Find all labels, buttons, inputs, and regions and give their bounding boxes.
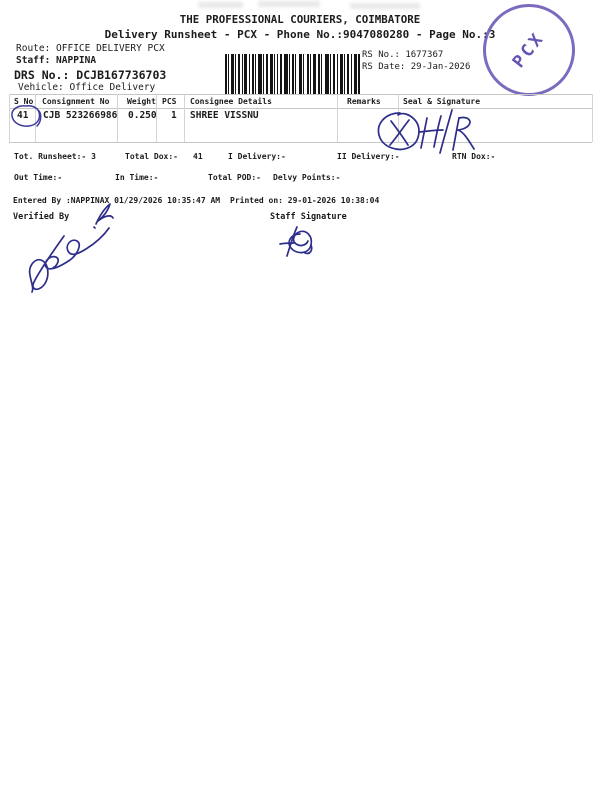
col-header-consignment: Consignment No [42, 97, 109, 106]
table-border [337, 94, 338, 142]
delivery-runsheet-document: THE PROFESSIONAL COURIERS, COIMBATORE De… [0, 0, 600, 800]
pcx-stamp-icon: PCX [483, 4, 575, 96]
in-time: In Time:- [115, 173, 158, 182]
row-consignee: SHREE VISSNU [190, 110, 259, 121]
table-border [592, 94, 593, 142]
col-header-pcs: PCS [162, 97, 176, 106]
tot-runsheet: Tot. Runsheet:- 3 [14, 152, 96, 161]
out-time: Out Time:- [14, 173, 62, 182]
col-header-consignee: Consignee Details [190, 97, 272, 106]
row-weight: 0.250 [128, 110, 157, 121]
seal-handwriting-icon [368, 105, 478, 157]
row-pcs: 1 [171, 110, 177, 121]
rtn-dox: RTN Dox:- [452, 152, 495, 161]
table-border [9, 142, 592, 143]
rs-date-line: RS Date: 29-Jan-2026 [362, 62, 470, 72]
drs-no-line: DRS No.: DCJB167736703 [14, 68, 166, 82]
ii-delivery: II Delivery:- [337, 152, 400, 161]
total-pod: Total POD:- [208, 173, 261, 182]
delvy-points: Delvy Points:- [273, 173, 340, 182]
row-consignment-no: CJB 523266986 [43, 110, 117, 121]
table-border [9, 108, 592, 109]
showthrough-mark [350, 3, 420, 9]
table-border [9, 94, 592, 95]
table-border [184, 94, 185, 142]
rs-no-line: RS No.: 1677367 [362, 50, 443, 60]
staff-signature-icon [276, 222, 322, 264]
route-line: Route: OFFICE DELIVERY PCX [16, 43, 165, 54]
printed-on-line: Printed on: 29-01-2026 10:38:04 [230, 196, 379, 205]
total-dox-value: 41 [193, 152, 203, 161]
staff-line: Staff: NAPPINA [16, 55, 96, 66]
stamp-text: PCX [509, 28, 549, 72]
col-header-weight: Weight [127, 97, 156, 106]
staff-signature-label: Staff Signature [270, 212, 347, 222]
showthrough-mark [198, 2, 243, 8]
barcode-icon [225, 54, 360, 94]
verified-by-signature-icon [12, 198, 122, 293]
showthrough-mark [258, 1, 320, 7]
i-delivery: I Delivery:- [228, 152, 286, 161]
total-dox-label: Total Dox:- [125, 152, 178, 161]
vehicle-line: Vehicle: Office Delivery [18, 82, 155, 93]
sno-pen-circle-icon [9, 103, 43, 127]
